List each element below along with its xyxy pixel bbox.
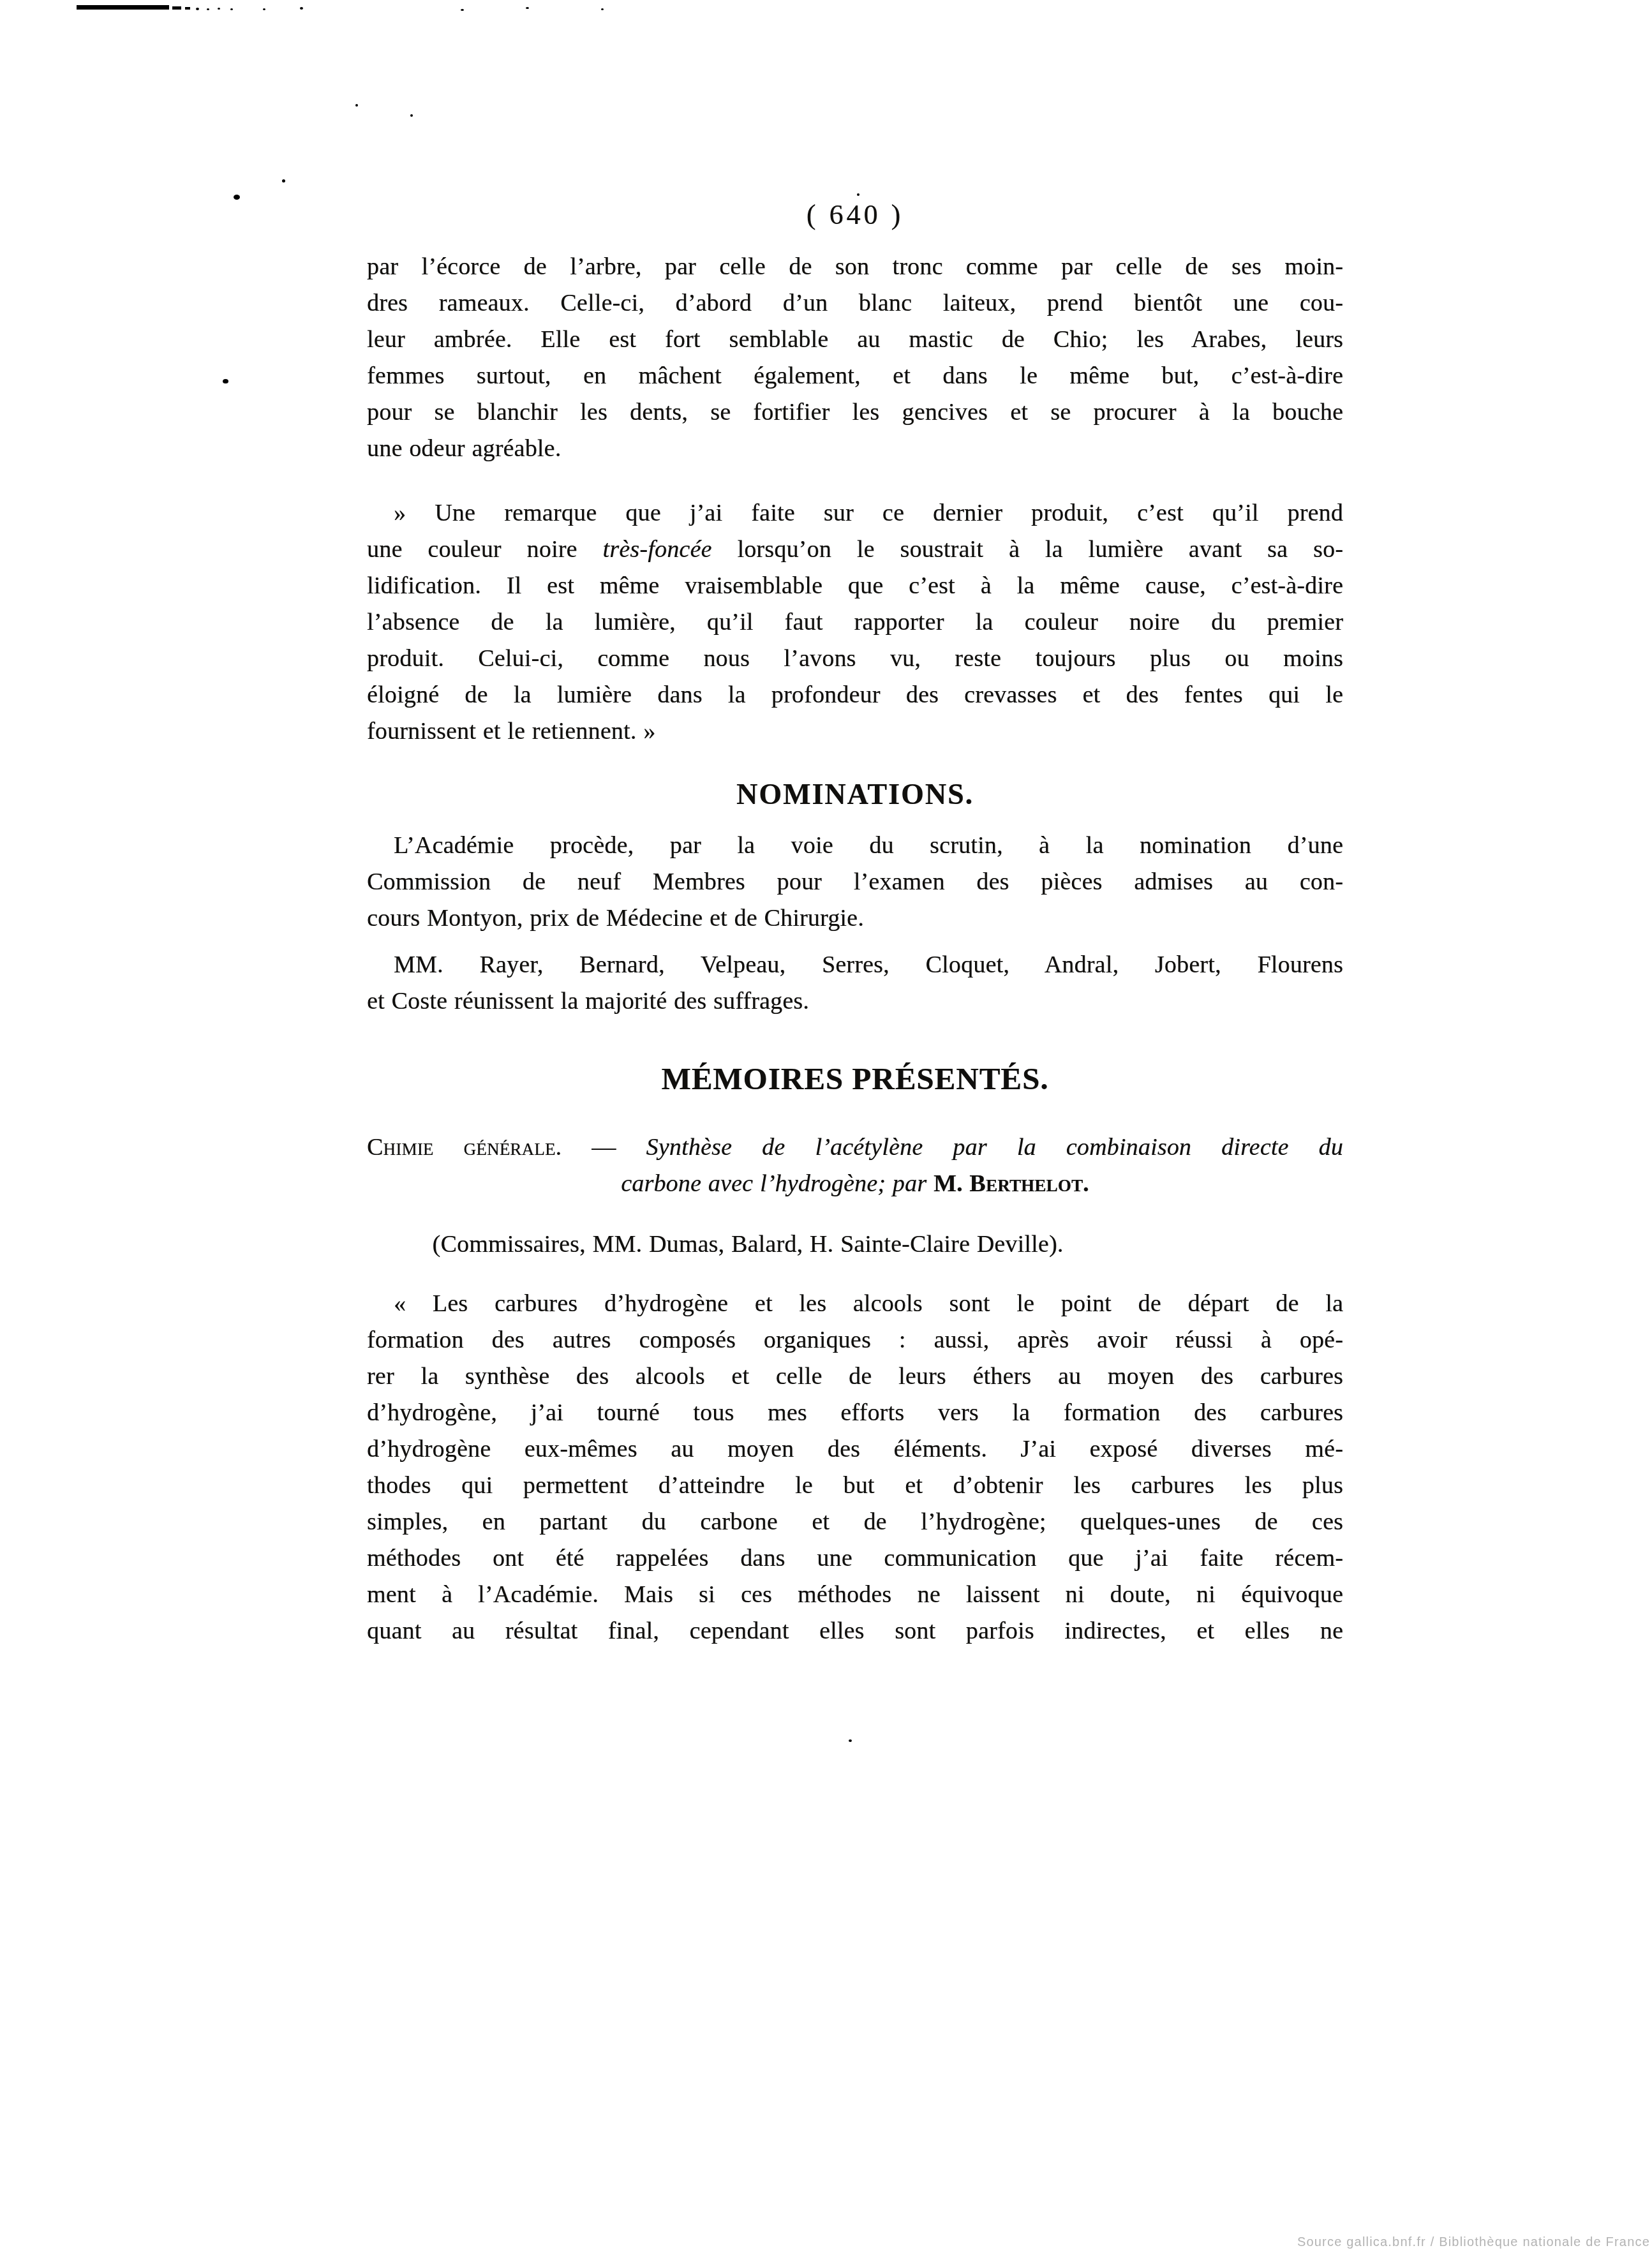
memoir-title-line2: carbone avec l’hydrogène; par M. Berthel… xyxy=(367,1166,1343,1202)
section-heading-nominations: NOMINATIONS. xyxy=(367,777,1343,812)
scanned-document-page: ( 640 ) par l’écorce de l’arbre, par cel… xyxy=(0,0,1652,2255)
text-column: ( 640 ) par l’écorce de l’arbre, par cel… xyxy=(367,0,1343,1649)
text-line: « Les carbures d’hydrogène et les alcool… xyxy=(367,1286,1343,1322)
memoir-title-italic: carbone avec l’hydrogène; par xyxy=(621,1170,934,1197)
text-line: produit. Celui-ci, comme nous l’avons vu… xyxy=(367,641,1343,677)
text-line: et Coste réunissent la majorité des suff… xyxy=(367,983,1343,1020)
scan-speck xyxy=(300,7,303,10)
text-line: quant au résultat final, cependant elles… xyxy=(367,1613,1343,1649)
scan-smudge-dash xyxy=(185,7,190,10)
scan-speck xyxy=(849,1739,852,1742)
text-line: méthodes ont été rappelées dans une comm… xyxy=(367,1540,1343,1577)
paragraph-nominations-elected: MM. Rayer, Bernard, Velpeau, Serres, Clo… xyxy=(367,947,1343,1020)
paragraph-nominations-scrutin: L’Académie procède, par la voie du scrut… xyxy=(367,828,1343,937)
text-line: simples, en partant du carbone et de l’h… xyxy=(367,1504,1343,1540)
text-line: pour se blanchir les dents, se fortifier… xyxy=(367,394,1343,431)
page-number: ( 640 ) xyxy=(367,199,1343,231)
text-line: Commission de neuf Membres pour l’examen… xyxy=(367,864,1343,900)
dash-separator: — xyxy=(562,1134,646,1161)
text-line: formation des autres composés organiques… xyxy=(367,1322,1343,1358)
text-line: l’absence de la lumière, qu’il faut rapp… xyxy=(367,604,1343,641)
paragraph-memoir-body: « Les carbures d’hydrogène et les alcool… xyxy=(367,1286,1343,1649)
text-line: éloigné de la lumière dans la profondeur… xyxy=(367,677,1343,713)
memoir-rubric: Chimie générale. xyxy=(367,1134,562,1161)
scan-smudge-line xyxy=(77,5,169,10)
italic-text: très-foncée xyxy=(603,536,712,563)
text-segment: une couleur noire xyxy=(367,536,603,563)
text-line: fournissent et le retiennent. » xyxy=(367,713,1343,750)
text-line: une odeur agréable. xyxy=(367,431,1343,467)
scan-speck xyxy=(196,8,199,10)
text-line: femmes surtout, en mâchent également, et… xyxy=(367,358,1343,394)
section-heading-memoires: MÉMOIRES PRÉSENTÉS. xyxy=(367,1061,1343,1098)
scan-smudge-dash xyxy=(172,6,181,10)
text-line: cours Montyon, prix de Médecine et de Ch… xyxy=(367,900,1343,937)
paragraph-continuation: par l’écorce de l’arbre, par celle de so… xyxy=(367,249,1343,467)
scan-speck xyxy=(230,8,233,10)
scan-speck xyxy=(282,179,285,182)
memoir-title: Chimie générale. — Synthèse de l’acétylè… xyxy=(367,1129,1343,1202)
text-line: L’Académie procède, par la voie du scrut… xyxy=(367,828,1343,864)
text-segment: lorsqu’on le soustrait à la lumière avan… xyxy=(712,536,1343,563)
text-line: d’hydrogène eux-mêmes au moyen des éléme… xyxy=(367,1431,1343,1468)
memoir-author: M. Berthelot. xyxy=(934,1170,1089,1197)
scan-speck xyxy=(207,8,209,10)
source-credit: Source gallica.bnf.fr / Bibliothèque nat… xyxy=(1297,2235,1650,2250)
text-line: MM. Rayer, Bernard, Velpeau, Serres, Clo… xyxy=(367,947,1343,983)
text-line: rer la synthèse des alcools et celle de … xyxy=(367,1358,1343,1395)
text-line: lidification. Il est même vraisemblable … xyxy=(367,568,1343,604)
scan-speck xyxy=(263,8,265,10)
text-line: dres rameaux. Celle-ci, d’abord d’un bla… xyxy=(367,285,1343,322)
scan-speck xyxy=(234,195,240,200)
text-line: une couleur noire très-foncée lorsqu’on … xyxy=(367,532,1343,568)
text-line: leur ambrée. Elle est fort semblable au … xyxy=(367,322,1343,358)
text-line: ment à l’Académie. Mais si ces méthodes … xyxy=(367,1577,1343,1613)
memoir-title-italic: Synthèse de l’acétylène par la combinais… xyxy=(646,1134,1343,1161)
text-line: par l’écorce de l’arbre, par celle de so… xyxy=(367,249,1343,285)
text-line: thodes qui permettent d’atteindre le but… xyxy=(367,1468,1343,1504)
memoir-title-line1: Chimie générale. — Synthèse de l’acétylè… xyxy=(367,1129,1343,1166)
commissaires-line: (Commissaires, MM. Dumas, Balard, H. Sai… xyxy=(367,1226,1343,1263)
scan-speck xyxy=(223,379,228,383)
text-line: d’hydrogène, j’ai tourné tous mes effort… xyxy=(367,1395,1343,1431)
scan-speck xyxy=(355,104,358,107)
scan-speck xyxy=(218,8,220,10)
paragraph-remark: » Une remarque que j’ai faite sur ce der… xyxy=(367,495,1343,750)
text-line: » Une remarque que j’ai faite sur ce der… xyxy=(367,495,1343,532)
